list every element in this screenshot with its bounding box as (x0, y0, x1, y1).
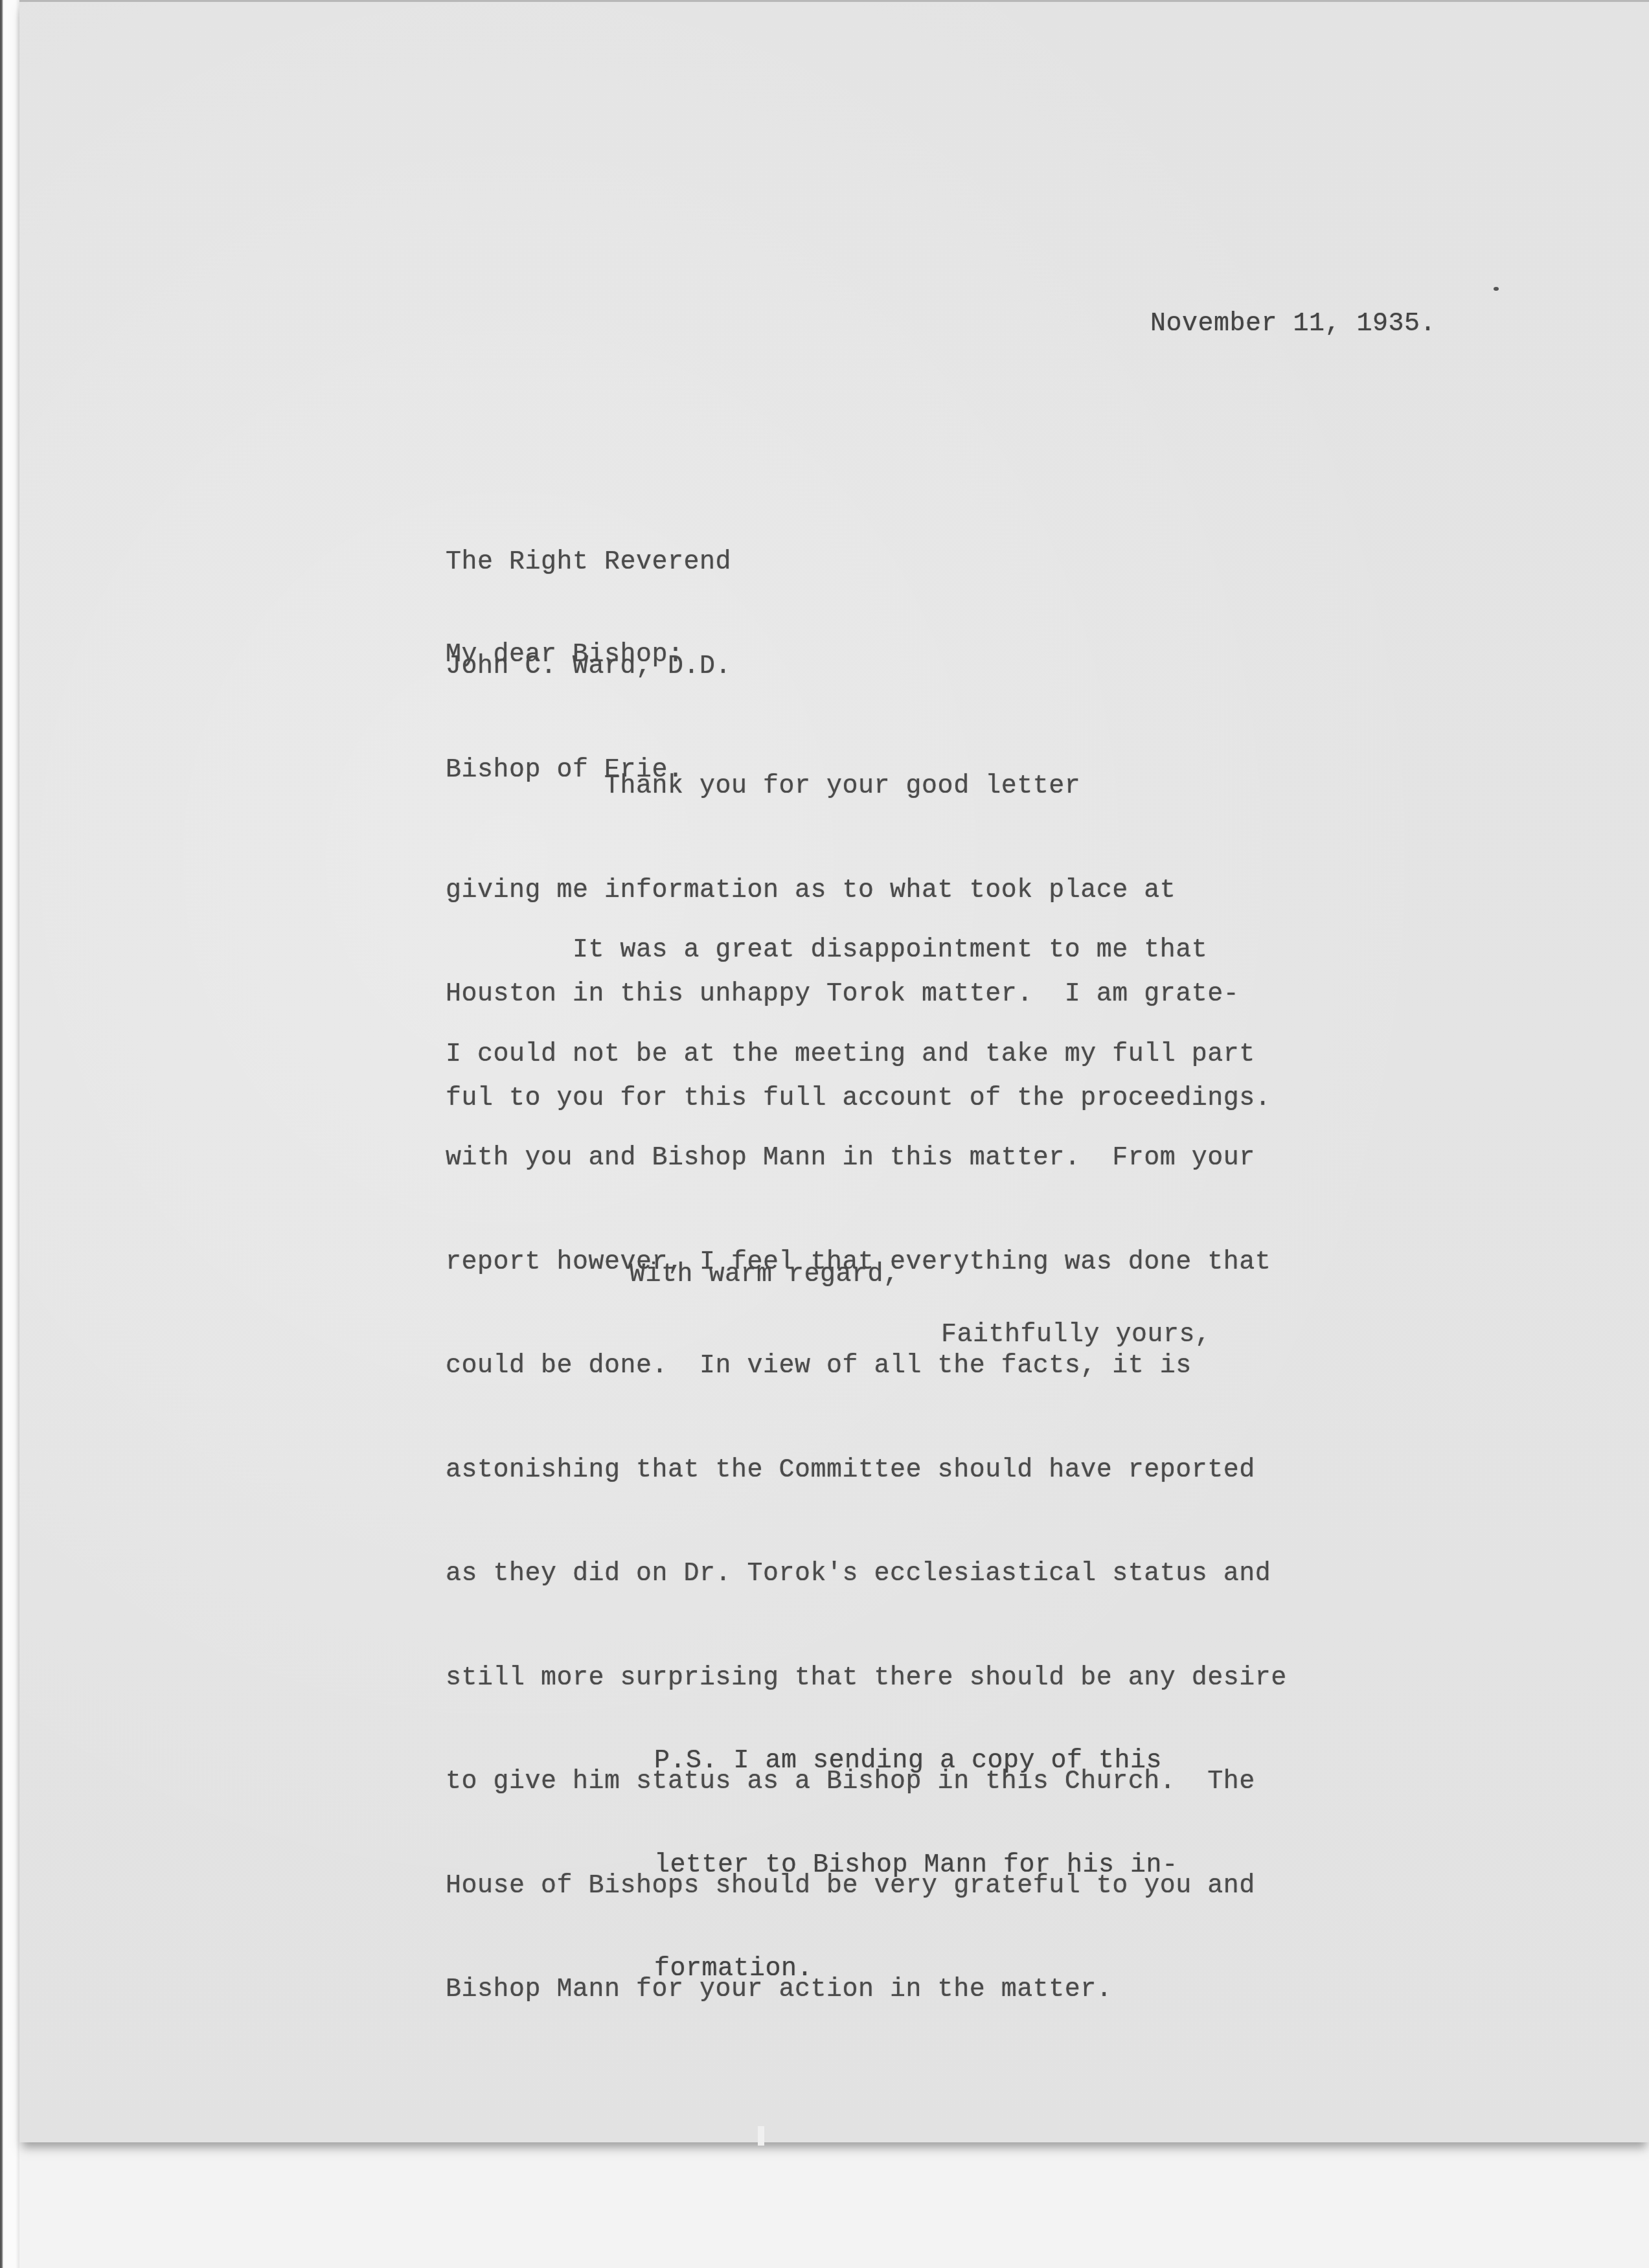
postscript-line: formation. (654, 1952, 1178, 1987)
scanner-background (19, 2140, 1649, 2268)
postscript: P.S. I am sending a copy of this letter … (654, 1675, 1178, 2021)
salutation: My dear Bishop: (446, 638, 684, 673)
recipient-line: The Right Reverend (446, 545, 731, 580)
closing: With warm regard, (630, 1258, 900, 1293)
text-line: could be done. In view of all the facts,… (446, 1349, 1287, 1384)
scanner-edge (0, 0, 19, 2268)
postscript-line: P.S. I am sending a copy of this (654, 1744, 1178, 1779)
ink-speck (1494, 287, 1499, 291)
text-line: I could not be at the meeting and take m… (446, 1038, 1287, 1072)
text-line: as they did on Dr. Torok's ecclesiastica… (446, 1557, 1287, 1592)
text-line: Thank you for your good letter (446, 769, 1271, 804)
text-line: astonishing that the Committee should ha… (446, 1453, 1287, 1488)
signoff: Faithfully yours, (941, 1318, 1211, 1353)
postscript-line: letter to Bishop Mann for his in- (654, 1848, 1178, 1883)
paper-tear (758, 2126, 764, 2146)
text-line: It was a great disappointment to me that (446, 933, 1287, 968)
letter-date: November 11, 1935. (1150, 307, 1436, 342)
text-line: with you and Bishop Mann in this matter.… (446, 1141, 1287, 1176)
